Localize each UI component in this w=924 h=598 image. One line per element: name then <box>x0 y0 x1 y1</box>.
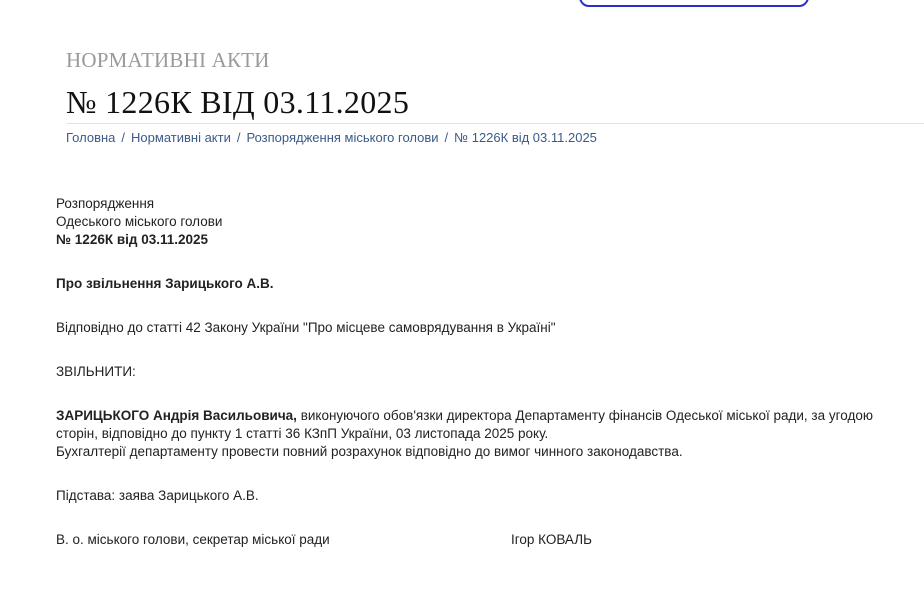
breadcrumb-separator: / <box>121 130 125 145</box>
doc-grounds: Підстава: заява Зарицького А.В. <box>56 487 916 505</box>
signer-title: В. о. міського голови, секретар міської … <box>56 531 511 549</box>
breadcrumb: Головна / Нормативні акти / Розпорядженн… <box>66 130 597 145</box>
signature-row: В. о. міського голови, секретар міської … <box>56 531 916 549</box>
title-divider <box>66 123 924 124</box>
section-label: НОРМАТИВНІ АКТИ <box>66 48 270 73</box>
doc-number: № 1226К від 03.11.2025 <box>56 231 916 249</box>
doc-subject: Про звільнення Зарицького А.В. <box>56 275 916 293</box>
doc-heading-line2: Одеського міського голови <box>56 213 916 231</box>
doc-heading-line1: Розпорядження <box>56 195 916 213</box>
breadcrumb-current[interactable]: № 1226К від 03.11.2025 <box>454 130 597 145</box>
doc-dismissal-paragraph: ЗАРИЦЬКОГО Андрія Васильовича, виконуючо… <box>56 407 916 443</box>
page-title: № 1226К ВІД 03.11.2025 <box>66 84 409 121</box>
doc-accounting-instruction: Бухгалтерії департаменту провести повний… <box>56 443 916 461</box>
breadcrumb-separator: / <box>445 130 449 145</box>
signer-name: Ігор КОВАЛЬ <box>511 531 592 549</box>
breadcrumb-normative-acts[interactable]: Нормативні акти <box>131 130 231 145</box>
breadcrumb-home[interactable]: Головна <box>66 130 115 145</box>
breadcrumb-separator: / <box>237 130 241 145</box>
doc-order-word: ЗВІЛЬНИТИ: <box>56 363 916 381</box>
doc-person-name: ЗАРИЦЬКОГО Андрія Васильовича, <box>56 408 297 423</box>
doc-legal-basis: Відповідно до статті 42 Закону України "… <box>56 319 916 337</box>
document-body: Розпорядження Одеського міського голови … <box>56 195 916 549</box>
breadcrumb-mayor-orders[interactable]: Розпорядження міського голови <box>246 130 438 145</box>
highlight-outline <box>579 0 809 7</box>
